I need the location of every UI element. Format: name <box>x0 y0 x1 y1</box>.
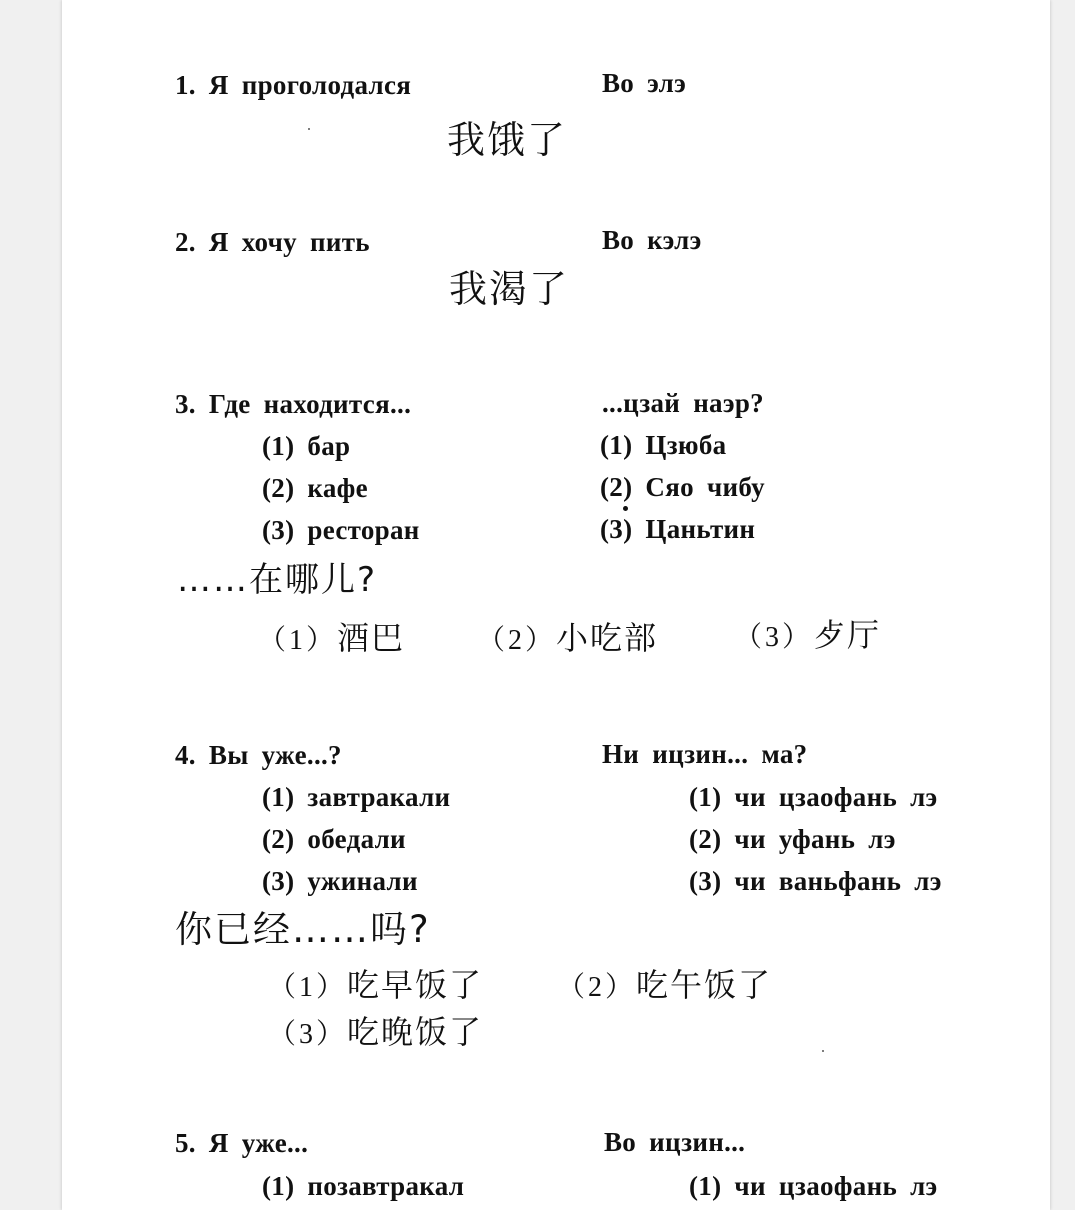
section-3-chinese-item-1: （1）酒巴 <box>258 618 405 661</box>
section-4-transliteration-item-3: (3) чи ваньфань лэ <box>689 866 942 896</box>
item-number: （2） <box>477 625 556 656</box>
section-3-transliteration-heading: ...цзай наэр? <box>602 388 764 418</box>
section-1-russian-heading: 1. Я проголодался <box>175 70 411 100</box>
section-5-russian-item-1: (1) позавтракал <box>262 1171 464 1201</box>
section-3-transliteration-item-1: (1) Цзюба <box>600 430 726 460</box>
section-4-chinese-heading: 你已经……吗? <box>175 910 431 950</box>
section-3-russian-item-1: (1) бар <box>262 431 350 461</box>
section-3-chinese-heading: ……在哪儿? <box>177 560 377 600</box>
section-3-chinese-item-2: （2）小吃部 <box>477 618 658 661</box>
item-text: 小吃部 <box>556 619 658 657</box>
section-5-transliteration-heading: Во ицзин... <box>604 1127 745 1157</box>
document-page: 1. Я проголодался Во элэ 我饿了 2. Я хочу п… <box>62 0 1050 1210</box>
section-4-chinese-item-2: （2）吃午饭了 <box>557 965 772 1008</box>
item-number: （3） <box>268 1019 347 1050</box>
section-4-transliteration-item-1: (1) чи цзаофань лэ <box>689 782 937 812</box>
section-4-russian-item-1: (1) завтракали <box>262 782 450 812</box>
item-number: （1） <box>258 625 337 656</box>
section-4-russian-item-2: (2) обедали <box>262 824 406 854</box>
item-text: 吃晚饭了 <box>347 1013 483 1051</box>
section-2-chinese-heading: 我渴了 <box>449 269 569 309</box>
item-text: 歺厅 <box>813 616 881 654</box>
section-1-transliteration-heading: Во элэ <box>602 68 686 98</box>
item-text: 酒巴 <box>337 619 405 657</box>
section-3-russian-heading: 3. Где находится... <box>175 389 411 419</box>
item-number: （2） <box>557 972 636 1003</box>
section-2-transliteration-heading: Во кэлэ <box>602 225 702 255</box>
section-2-russian-heading: 2. Я хочу пить <box>175 227 370 257</box>
section-4-chinese-item-1: （1）吃早饭了 <box>268 965 483 1008</box>
item-number: （1） <box>268 972 347 1003</box>
section-3-russian-item-2: (2) кафе <box>262 473 368 503</box>
item-text: 吃午饭了 <box>636 966 772 1004</box>
scan-speck <box>623 506 628 511</box>
section-3-transliteration-item-3: (3) Цаньтин <box>600 514 755 544</box>
scan-speck <box>822 1050 824 1052</box>
item-text: 吃早饭了 <box>347 966 483 1004</box>
section-3-russian-item-3: (3) ресторан <box>262 515 420 545</box>
section-5-transliteration-item-1: (1) чи цзаофань лэ <box>689 1171 937 1201</box>
section-4-russian-heading: 4. Вы уже...? <box>175 740 342 770</box>
section-1-chinese-heading: 我饿了 <box>447 120 567 160</box>
section-5-russian-heading: 5. Я уже... <box>175 1128 308 1158</box>
section-3-chinese-item-3: （3）歺厅 <box>734 615 881 658</box>
section-4-russian-item-3: (3) ужинали <box>262 866 418 896</box>
item-number: （3） <box>734 622 813 653</box>
section-4-transliteration-item-2: (2) чи уфань лэ <box>689 824 896 854</box>
section-3-transliteration-item-2: (2) Сяо чибу <box>600 472 765 502</box>
section-4-chinese-item-3: （3）吃晚饭了 <box>268 1012 483 1055</box>
scan-speck <box>308 128 310 130</box>
section-4-transliteration-heading: Ни ицзин... ма? <box>602 739 807 769</box>
